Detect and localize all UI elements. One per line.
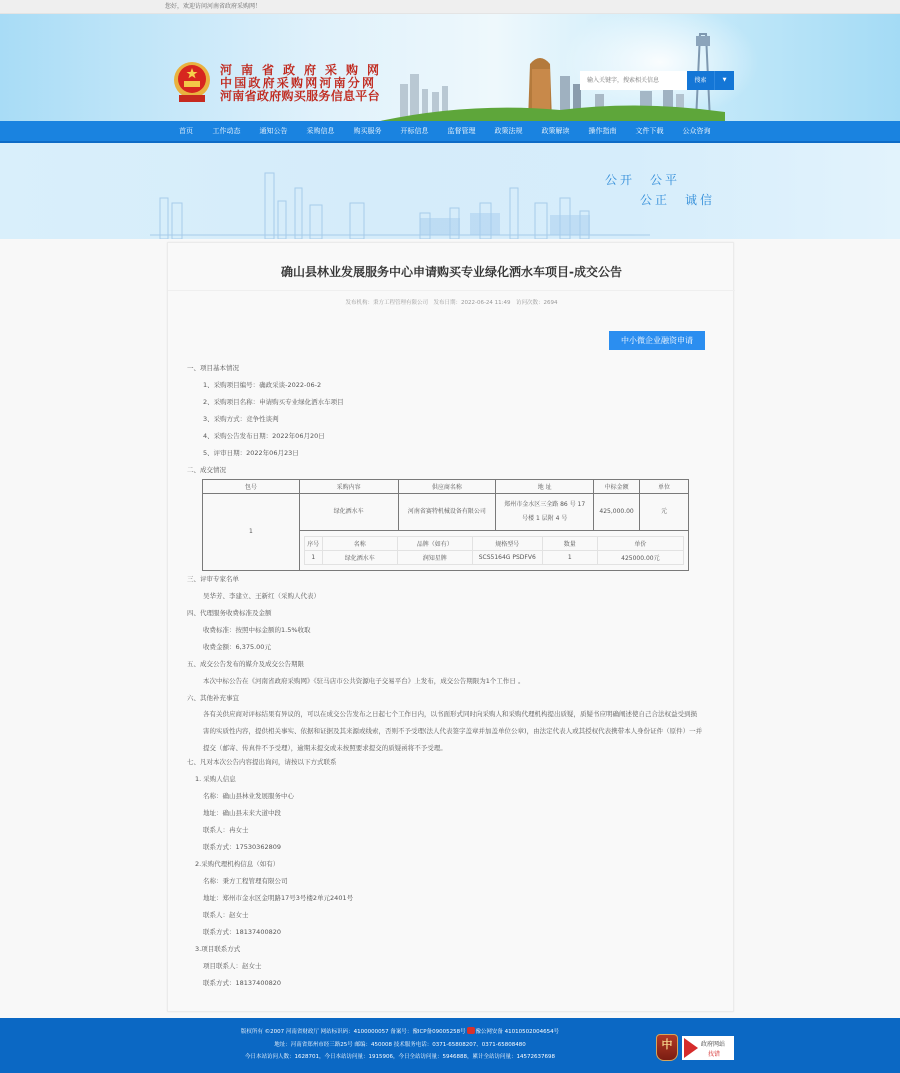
table-header: 规格型号 xyxy=(472,537,542,551)
main-nav: 首页 工作动态 通知公告 采购信息 购买服务 开标信息 监督管理 政策法规 政策… xyxy=(0,121,900,143)
package-number: 1 xyxy=(203,494,300,571)
search-button[interactable]: 搜索 xyxy=(687,71,714,90)
badge-glyph: 中 xyxy=(657,1035,677,1055)
table-cell: 河南省赛特机械设备有限公司 xyxy=(398,494,496,531)
table-cell: 郑州市金水区三全路 86 号 17 号楼 1 层附 4 号 xyxy=(496,494,594,531)
subsection-heading: 1. 采购人信息 xyxy=(195,774,236,783)
list-item: 1、采购项目编号：确政采谈-2022-06-2 xyxy=(203,380,321,389)
badge-label-1: 政府网站 xyxy=(701,1039,725,1048)
nav-item-notices[interactable]: 通知公告 xyxy=(250,121,297,141)
city-skyline-illustration xyxy=(380,14,740,121)
nav-item-guide[interactable]: 操作指南 xyxy=(579,121,626,141)
table-header: 品牌（如有） xyxy=(397,537,472,551)
table-header: 供应商名称 xyxy=(398,480,496,494)
article-meta: 发布机构：秉方工程管理有限公司 发布日期：2022-06-24 11:49 访问… xyxy=(168,298,735,306)
contact-line: 联系人：冉女士 xyxy=(203,825,249,834)
table-header: 包号 xyxy=(203,480,300,494)
footer-line-2: 地址：河南省郑州市经三路25号 邮编：450008 技术服务电话：0371-65… xyxy=(180,1039,620,1052)
nav-item-bid-opening[interactable]: 开标信息 xyxy=(391,121,438,141)
search-bar: 搜索 ▼ xyxy=(580,71,734,90)
list-item: 5、评审日期：2022年06月23日 xyxy=(203,448,299,457)
nav-item-home[interactable]: 首页 xyxy=(169,121,203,141)
contact-line: 地址：郑州市金水区金明路17号3号楼2单元2401号 xyxy=(203,893,353,902)
public-security-record[interactable]: 豫公网安备 41010502004654号 xyxy=(475,1029,559,1035)
table-cell: SCS5164G PSDFV6 xyxy=(472,551,542,565)
contact-line: 联系人：赵女士 xyxy=(203,910,249,919)
slogan-line-1: 公开 公平 xyxy=(605,171,680,188)
subsection-heading: 3.项目联系方式 xyxy=(195,944,240,953)
badge-label-2: 找错 xyxy=(708,1049,720,1058)
contact-line: 项目联系人：赵女士 xyxy=(203,961,262,970)
site-header: 河南省政府采购网 中国政府采购网河南分网 河南省政府购买服务信息平台 搜索 ▼ xyxy=(0,14,900,121)
article-title: 确山县林业发展服务中心申请购买专业绿化洒水车项目-成交公告 xyxy=(168,263,735,280)
nav-item-work-news[interactable]: 工作动态 xyxy=(203,121,250,141)
section-heading: 四、代理服务收费标准及金额 xyxy=(187,608,272,617)
nav-item-supervision[interactable]: 监督管理 xyxy=(438,121,485,141)
search-input[interactable] xyxy=(580,71,687,90)
table-header: 数量 xyxy=(542,537,597,551)
table-header: 中标金额 xyxy=(594,480,640,494)
table-cell: 1 xyxy=(304,551,322,565)
paragraph: 本次中标公告在《河南省政府采购网》《驻马店市公共资源电子交易平台》上发布，成交公… xyxy=(203,676,524,685)
footer-line-3: 今日本站访问人数：1628701，今日本站访问量：1915906，今日全站访问量… xyxy=(180,1051,620,1064)
slogan-line-2: 公正 诚信 xyxy=(640,191,715,208)
section-heading: 三、评审专家名单 xyxy=(187,574,239,583)
table-cell: 425000.00元 xyxy=(597,551,683,565)
paragraph: 收费金额：6,375.00元 xyxy=(203,642,271,651)
footer-line-1: 版权所有 ©2007 河南省财政厅 网站标识码：4100000057 备案号：豫… xyxy=(180,1026,620,1039)
slogan-banner xyxy=(0,143,900,239)
section-heading: 一、项目基本情况 xyxy=(187,363,239,372)
skyline-sketch-illustration xyxy=(150,143,650,239)
table-cell: 425,000.00 xyxy=(594,494,640,531)
section-heading: 六、其他补充事宜 xyxy=(187,693,239,702)
caret-down-icon[interactable]: ▼ xyxy=(714,71,734,90)
section-heading: 二、成交情况 xyxy=(187,465,226,474)
nav-item-policies[interactable]: 政策法规 xyxy=(485,121,532,141)
national-emblem-icon xyxy=(173,61,211,104)
paragraph: 各有关供应商对评标结果有异议的，可以在成交公告发布之日起七个工作日内，以书面形式… xyxy=(203,706,703,757)
contact-line: 联系方式：18137400820 xyxy=(203,978,281,987)
table-header: 名称 xyxy=(322,537,397,551)
table-cell: 元 xyxy=(640,494,689,531)
contact-line: 名称：秉方工程管理有限公司 xyxy=(203,876,288,885)
table-header: 序号 xyxy=(304,537,322,551)
magnifier-flag-icon xyxy=(684,1038,698,1058)
deal-table: 包号 采购内容 供应商名称 地 址 中标金额 单位 1 绿化洒水车 河南省赛特机… xyxy=(202,479,689,571)
table-cell: 润知星牌 xyxy=(397,551,472,565)
section-heading: 五、成交公告发布的媒介及成交公告期限 xyxy=(187,659,304,668)
contact-line: 联系方式：17530362809 xyxy=(203,842,281,851)
contact-line: 联系方式：18137400820 xyxy=(203,927,281,936)
table-cell: 1 xyxy=(542,551,597,565)
paragraph: 收费标准：按照中标金额的1.5%收取 xyxy=(203,625,311,634)
sme-financing-button[interactable]: 中小微企业融资申请 xyxy=(609,331,705,350)
paragraph: 吴华芳、李建立、王新红（采购人代表） xyxy=(203,591,320,600)
subsection-heading: 2.采购代理机构信息（如有） xyxy=(195,859,279,868)
party-gov-badge-icon[interactable]: 中 xyxy=(656,1034,678,1061)
footer-info: 版权所有 ©2007 河南省财政厅 网站标识码：4100000057 备案号：豫… xyxy=(180,1026,620,1064)
nav-item-downloads[interactable]: 文件下载 xyxy=(626,121,673,141)
table-cell: 绿化洒水车 xyxy=(299,494,398,531)
nav-item-policy-interpretation[interactable]: 政策解读 xyxy=(532,121,579,141)
list-item: 4、采购公告发布日期：2022年06月20日 xyxy=(203,431,325,440)
table-header: 单位 xyxy=(640,480,689,494)
site-footer: 版权所有 ©2007 河南省财政厅 网站标识码：4100000057 备案号：豫… xyxy=(0,1018,900,1073)
nav-item-purchase-services[interactable]: 购买服务 xyxy=(344,121,391,141)
table-header: 地 址 xyxy=(496,480,594,494)
top-bar: 您好，欢迎访问河南省政府采购网！ xyxy=(0,0,900,14)
article-container: 确山县林业发展服务中心申请购买专业绿化洒水车项目-成交公告 发布机构：秉方工程管… xyxy=(167,242,734,1012)
site-logo-text[interactable]: 河南省政府采购网 中国政府采购网河南分网 河南省政府购买服务信息平台 xyxy=(220,64,388,103)
nav-item-procurement-info[interactable]: 采购信息 xyxy=(297,121,344,141)
table-header: 采购内容 xyxy=(299,480,398,494)
table-cell: 绿化洒水车 xyxy=(322,551,397,565)
gov-website-error-report-badge[interactable]: 政府网站 找错 xyxy=(682,1036,734,1060)
list-item: 2、采购项目名称：申请购买专业绿化洒水车项目 xyxy=(203,397,344,406)
welcome-text: 您好，欢迎访问河南省政府采购网！ xyxy=(165,0,735,14)
section-heading: 七、凡对本次公告内容提出询问，请按以下方式联系 xyxy=(187,757,337,766)
nav-item-public-consult[interactable]: 公众咨询 xyxy=(673,121,720,141)
table-row: 1 绿化洒水车 润知星牌 SCS5164G PSDFV6 1 425000.00… xyxy=(304,551,683,565)
contact-line: 名称：确山县林业发展服务中心 xyxy=(203,791,294,800)
divider xyxy=(168,290,735,291)
list-item: 3、采购方式：竞争性谈判 xyxy=(203,414,279,423)
detail-table-cell: 序号 名称 品牌（如有） 规格型号 数量 单价 1 绿化洒水车 润知星牌 SCS… xyxy=(299,531,688,571)
logo-line-3: 河南省政府购买服务信息平台 xyxy=(220,90,388,103)
contact-line: 地址：确山县未来大道中段 xyxy=(203,808,281,817)
detail-table: 序号 名称 品牌（如有） 规格型号 数量 单价 1 绿化洒水车 润知星牌 SCS… xyxy=(304,536,684,565)
table-header: 单价 xyxy=(597,537,683,551)
copyright-text: 版权所有 ©2007 河南省财政厅 网站标识码：4100000057 备案号：豫… xyxy=(241,1029,468,1035)
